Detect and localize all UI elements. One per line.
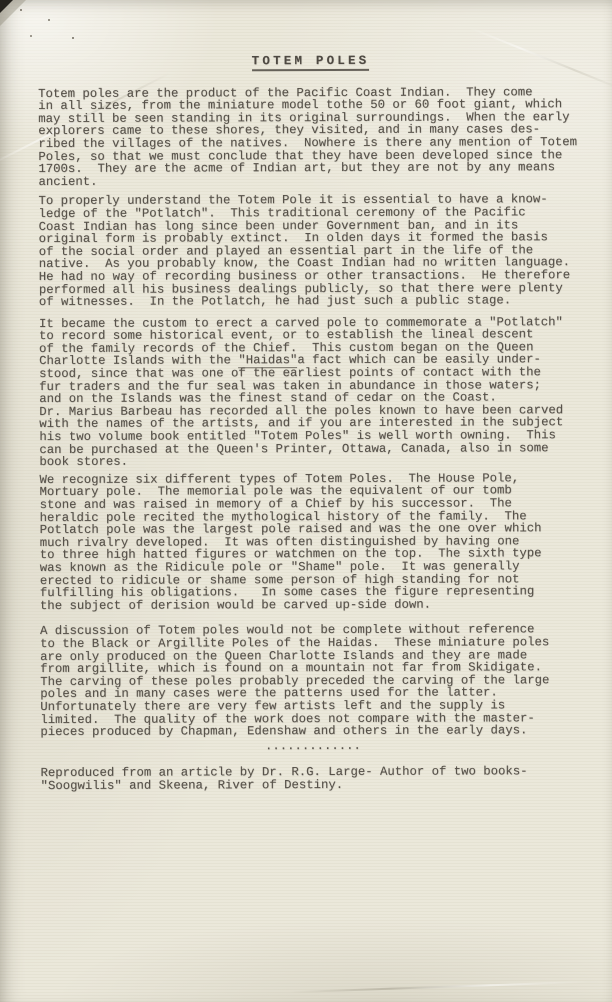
- paragraph-1: Totem poles are the product of the Pacif…: [38, 86, 583, 189]
- attribution: Reproduced from an article by Dr. R.G. L…: [40, 765, 585, 792]
- text-line: of witnesses. In the Potlatch, he had ju…: [39, 294, 584, 308]
- attribution-line: "Soogwilis" and Skeena, River of Destiny…: [41, 778, 586, 792]
- paragraph-2: To properly understand the Totem Pole it…: [38, 193, 583, 308]
- paragraph-5: A discussion of Totem poles would not be…: [40, 623, 585, 738]
- paper-crease-bottom: [290, 981, 590, 993]
- scanned-page: TOTEM POLES Totem poles are the product …: [0, 0, 612, 1002]
- text-line: book stores.: [39, 454, 584, 468]
- paper-speckles: [20, 9, 22, 11]
- scan-corner-artifact: [0, 0, 13, 13]
- dots-separator: .............: [40, 739, 585, 753]
- paragraph-3: It became the custom to erect a carved p…: [39, 316, 585, 469]
- text-line: ancient.: [38, 174, 583, 188]
- paragraph-4: We recognize six different types of Tote…: [39, 472, 584, 612]
- text-line: the subject of derision would be carved …: [40, 598, 585, 612]
- text-line: pieces produced by Chapman, Edenshaw and…: [40, 724, 585, 738]
- text-line: 1700s. They are the acme of Indian art, …: [38, 161, 583, 175]
- document-title: TOTEM POLES: [252, 55, 370, 71]
- document-body: TOTEM POLES Totem poles are the product …: [38, 54, 586, 792]
